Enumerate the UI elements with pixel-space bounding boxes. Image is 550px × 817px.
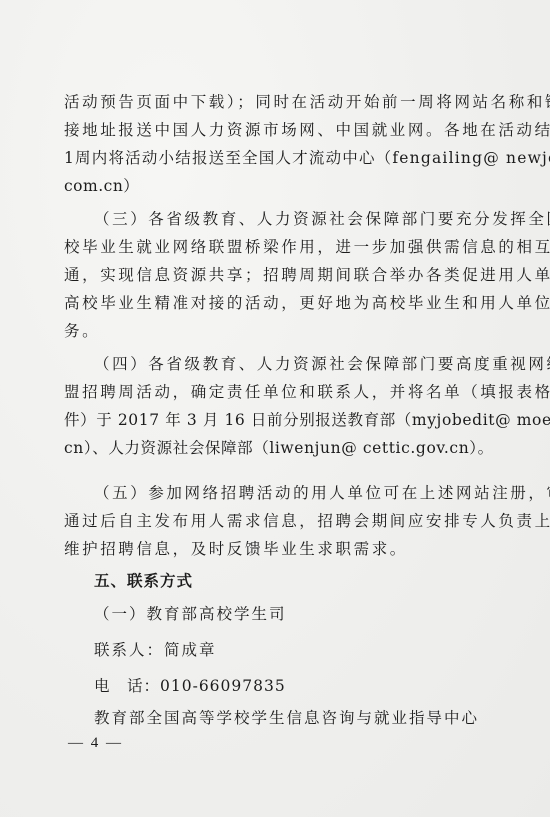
text-line: 件）于 2017 年 3 月 16 日前分别报送教育部（myjobedit@ m… bbox=[64, 410, 484, 430]
page-number: — 4 — bbox=[68, 735, 123, 752]
text-line: 1周内将活动小结报送至全国人才流动中心（fengailing@ newjobs. bbox=[64, 148, 484, 168]
text-line: 接地址报送中国人力资源市场网、中国就业网。各地在活动结束 bbox=[64, 120, 484, 140]
text-line: 通，实现信息资源共享；招聘周期间联合举办各类促进用人单位与 bbox=[64, 265, 484, 285]
text-line: 务。 bbox=[64, 321, 100, 341]
text-line: 盟招聘周活动，确定责任单位和联系人，并将名单（填报表格见附 bbox=[64, 382, 484, 402]
text-line: 通过后自主发布用人需求信息，招聘会期间应安排专人负责上网 bbox=[64, 511, 484, 531]
paragraph-three-start: （三）各省级教育、人力资源社会保障部门要充分发挥全国高 bbox=[94, 209, 484, 229]
text-line: 高校毕业生精准对接的活动，更好地为高校毕业生和用人单位服 bbox=[64, 293, 484, 313]
text-line: 活动预告页面中下载）；同时在活动开始前一周将网站名称和链 bbox=[64, 92, 484, 112]
text-line: 校毕业生就业网络联盟桥梁作用，进一步加强供需信息的相互贯 bbox=[64, 237, 484, 257]
contact-phone: 电 话：010-66097835 bbox=[94, 676, 286, 696]
contact-center: 教育部全国高等学校学生信息咨询与就业指导中心 bbox=[94, 708, 479, 728]
text-line: cn）、人力资源社会保障部（liwenjun@ cettic.gov.cn）。 bbox=[64, 438, 494, 458]
contact-person: 联系人：简成章 bbox=[94, 640, 217, 660]
contact-department: （一）教育部高校学生司 bbox=[94, 604, 287, 624]
section-heading: 五、联系方式 bbox=[94, 571, 193, 591]
paragraph-five-start: （五）参加网络招聘活动的用人单位可在上述网站注册，审核 bbox=[94, 483, 484, 503]
paragraph-four-start: （四）各省级教育、人力资源社会保障部门要高度重视网络联 bbox=[94, 354, 484, 374]
text-line: com.cn） bbox=[64, 176, 139, 196]
document-page: 活动预告页面中下载）；同时在活动开始前一周将网站名称和链 接地址报送中国人力资源… bbox=[0, 0, 550, 817]
text-line: 维护招聘信息，及时反馈毕业生求职需求。 bbox=[64, 539, 408, 559]
